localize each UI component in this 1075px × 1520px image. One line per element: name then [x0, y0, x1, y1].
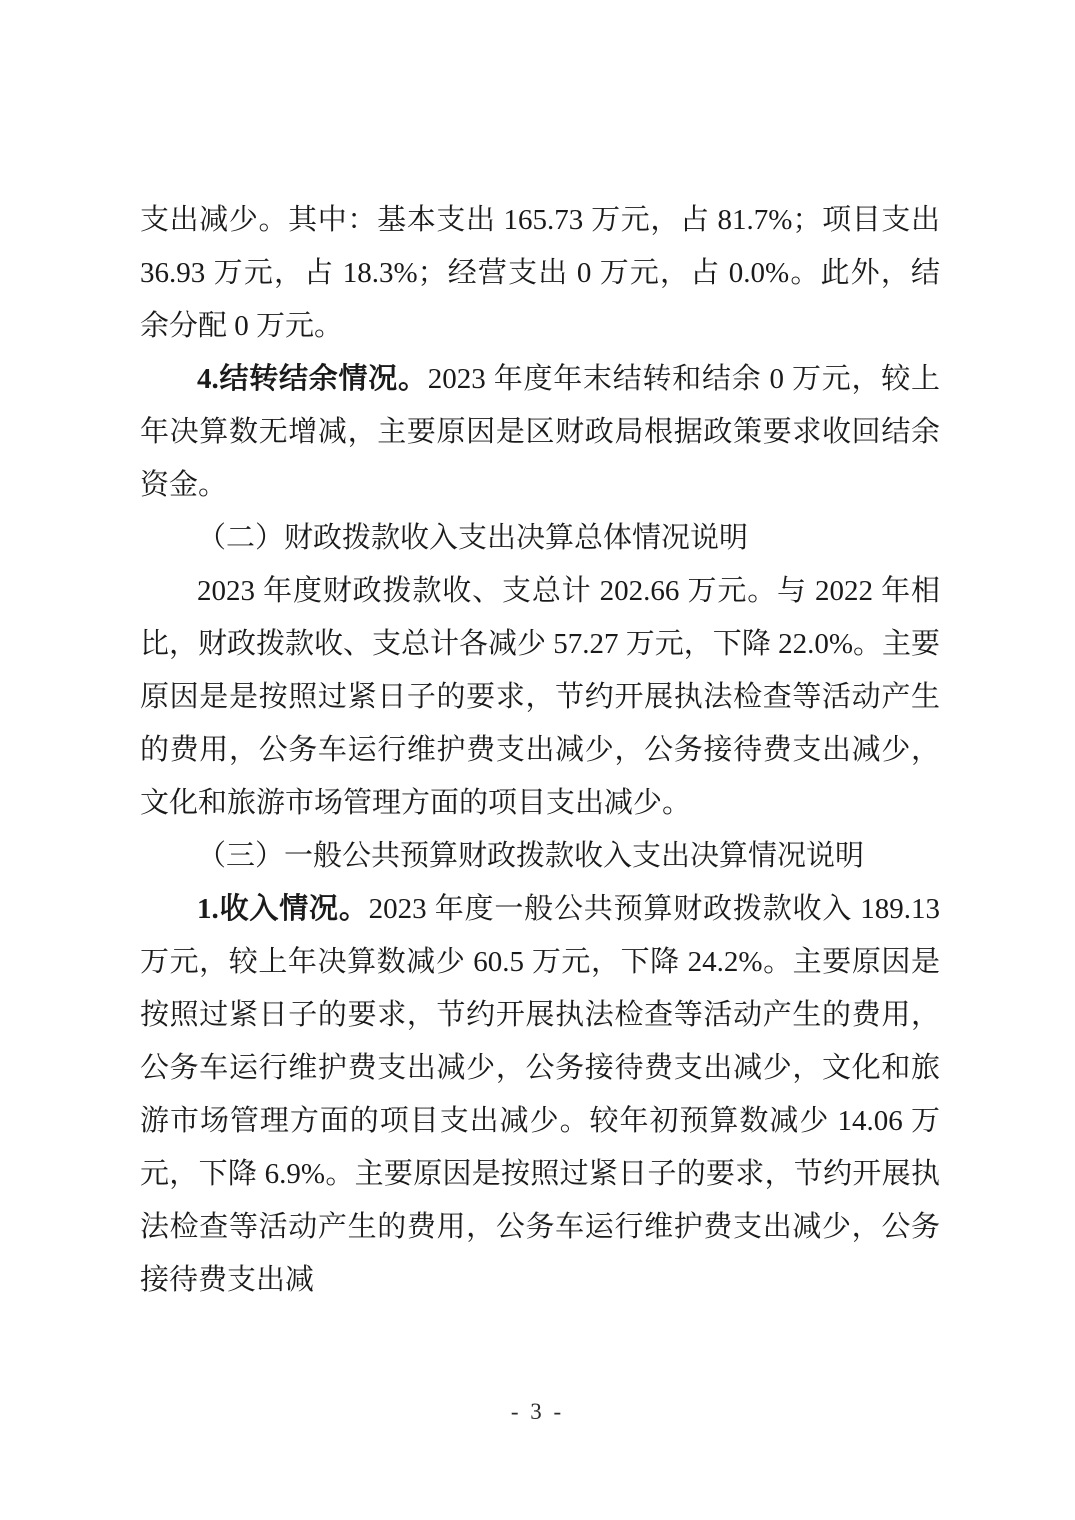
section-heading: （二）财政拨款收入支出决算总体情况说明	[140, 512, 940, 565]
text-run: （二）财政拨款收入支出决算总体情况说明	[197, 522, 748, 554]
body-paragraph: 2023 年度财政拨款收、支总计 202.66 万元。与 2022 年相比，财政…	[140, 565, 940, 830]
text-run: （三）一般公共预算财政拨款收入支出决算情况说明	[197, 840, 864, 872]
body-paragraph: 4.结转结余情况。2023 年度年末结转和结余 0 万元，较上年决算数无增减，主…	[140, 353, 940, 512]
document-body: 支出减少。其中：基本支出 165.73 万元，占 81.7%；项目支出 36.9…	[140, 194, 940, 1307]
bold-label-run: 1.收入情况。	[197, 893, 369, 925]
body-paragraph: 支出减少。其中：基本支出 165.73 万元，占 81.7%；项目支出 36.9…	[140, 194, 940, 353]
text-run: 支出减少。其中：基本支出 165.73 万元，占 81.7%；项目支出 36.9…	[140, 204, 940, 342]
text-run: 2023 年度一般公共预算财政拨款收入 189.13 万元，较上年决算数减少 6…	[140, 893, 940, 1296]
bold-label-run: 4.结转结余情况。	[197, 363, 428, 395]
body-paragraph: 1.收入情况。2023 年度一般公共预算财政拨款收入 189.13 万元，较上年…	[140, 883, 940, 1307]
section-heading: （三）一般公共预算财政拨款收入支出决算情况说明	[140, 830, 940, 883]
document-page: 支出减少。其中：基本支出 165.73 万元，占 81.7%；项目支出 36.9…	[0, 0, 1075, 1520]
page-number: - 3 -	[0, 1399, 1075, 1425]
text-run: 2023 年度财政拨款收、支总计 202.66 万元。与 2022 年相比，财政…	[140, 575, 940, 819]
